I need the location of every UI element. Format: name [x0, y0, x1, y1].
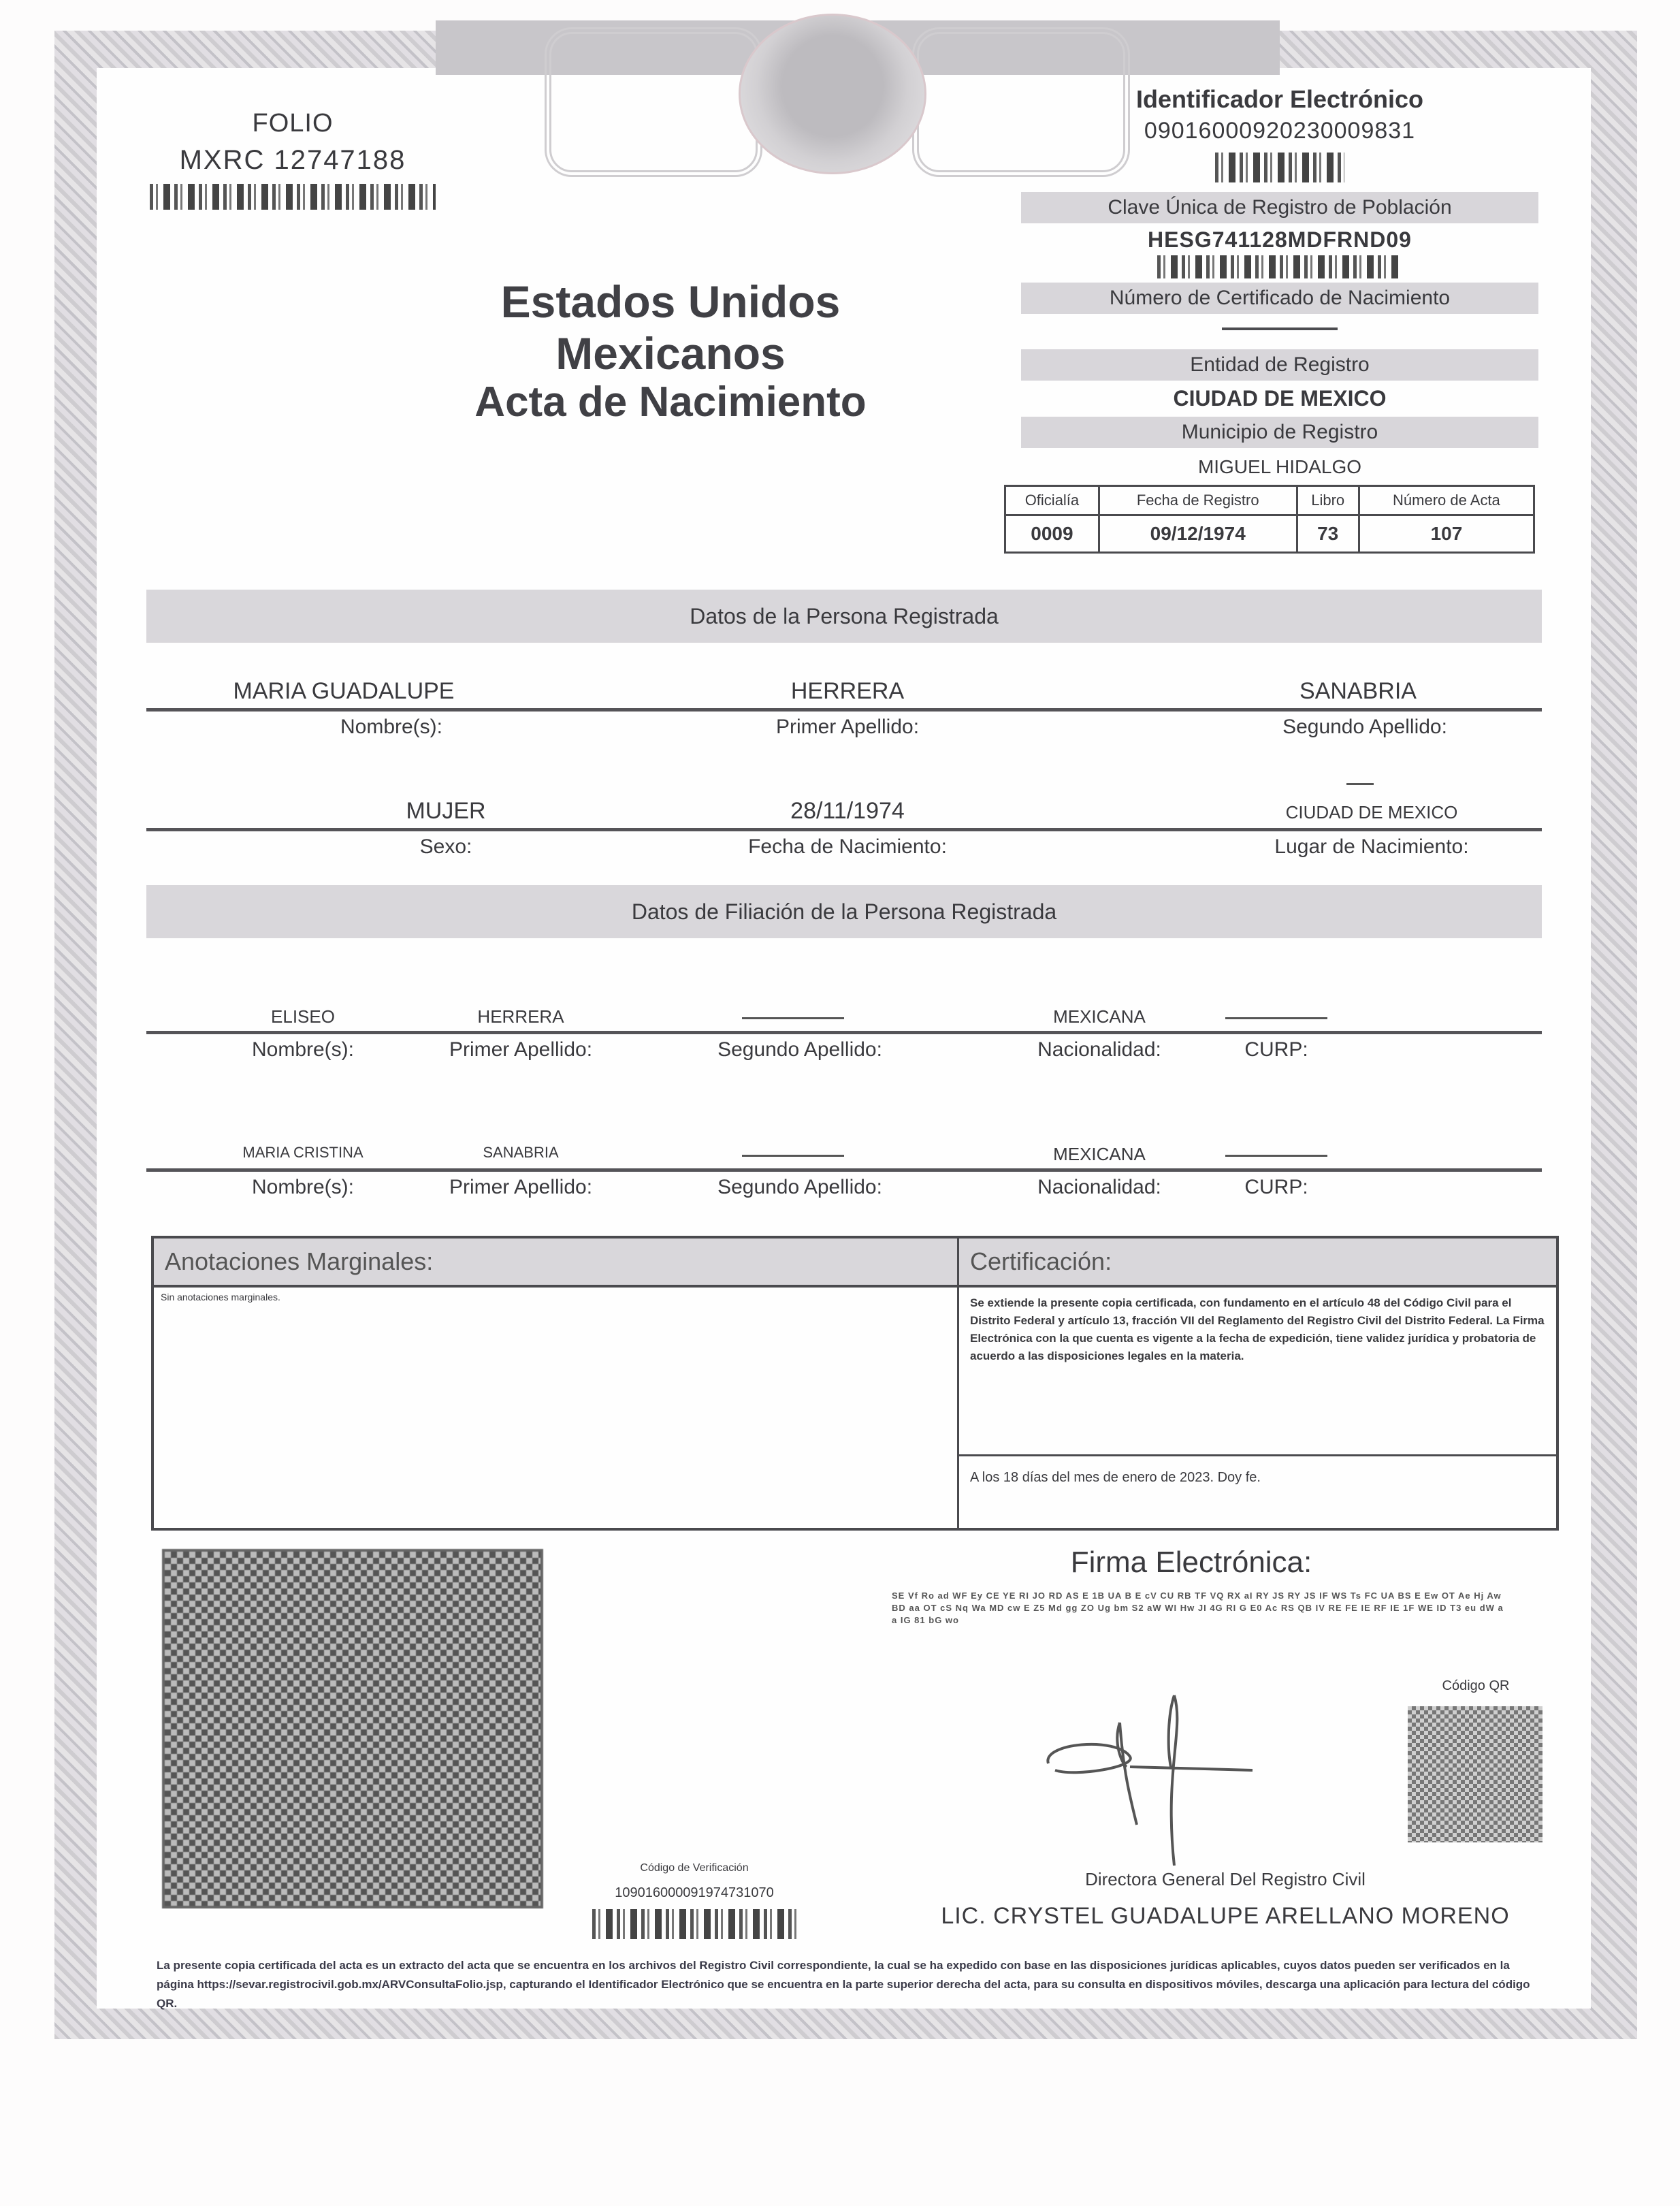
label-lugar-nacimiento: Lugar de Nacimiento: [1222, 835, 1521, 859]
label-segundo-apellido: Segundo Apellido: [691, 1038, 909, 1061]
electronic-signature-hash: SE Vf Ro ad WF Ey CE YE RI JO RD AS E 1B… [892, 1590, 1504, 1627]
footer-legal-text: La presente copia certificada del acta e… [157, 1956, 1545, 2013]
registry-table: Oficialía Fecha de Registro Libro Número… [1004, 485, 1535, 554]
verification-block: Código de Verificación 10901600009197473… [572, 1862, 817, 1939]
entity-value: CIUDAD DE MEXICO [1021, 386, 1538, 411]
father-nombre: ELISEO [201, 1006, 405, 1027]
annotations-column: Anotaciones Marginales: Sin anotaciones … [154, 1238, 959, 1528]
divider [146, 1031, 1542, 1034]
value-libro: 73 [1297, 515, 1359, 553]
qr-code-small [1408, 1706, 1542, 1842]
filiation-section-title: Datos de Filiación de la Persona Registr… [146, 885, 1542, 938]
curp-value: HESG741128MDFRND09 [1021, 227, 1538, 253]
label-primer-apellido: Primer Apellido: [419, 1176, 623, 1199]
header-fecha-registro: Fecha de Registro [1099, 486, 1297, 515]
certification-title: Certificación: [959, 1238, 1556, 1288]
value-sexo: MUJER [344, 798, 548, 825]
mother-nacionalidad: MEXICANA [997, 1144, 1201, 1165]
label-fecha-nacimiento: Fecha de Nacimiento: [711, 835, 984, 859]
folio-barcode [150, 184, 436, 210]
birth-certificate-label: Número de Certificado de Nacimiento [1021, 283, 1538, 314]
certification-date: A los 18 días del mes de enero de 2023. … [959, 1456, 1556, 1499]
curp-barcode [1157, 255, 1402, 278]
curp-label: Clave Única de Registro de Población [1021, 192, 1538, 223]
label-nombre: Nombre(s): [201, 1176, 405, 1199]
value-oficialia: 0009 [1005, 515, 1099, 553]
value-nombre: MARIA GUADALUPE [208, 678, 480, 705]
municipality-label: Municipio de Registro [1021, 417, 1538, 448]
entity-label: Entidad de Registro [1021, 349, 1538, 381]
handwritten-signature-icon [1035, 1689, 1280, 1866]
mother-nombre: MARIA CRISTINA [201, 1144, 405, 1162]
header-oficialia: Oficialía [1005, 486, 1099, 515]
qr-code-large [162, 1549, 543, 1908]
national-seal-icon [739, 14, 926, 174]
registry-table-row: 0009 09/12/1974 73 107 [1005, 515, 1534, 553]
annotations-text: Sin anotaciones marginales. [154, 1288, 957, 1307]
municipality-value: MIGUEL HIDALGO [1021, 456, 1538, 478]
header-numero-acta: Número de Acta [1359, 486, 1534, 515]
label-nombre: Nombre(s): [201, 1038, 405, 1061]
document-title: Acta de Nacimiento [381, 378, 960, 426]
label-sexo: Sexo: [344, 835, 548, 859]
annotations-certification-box: Anotaciones Marginales: Sin anotaciones … [151, 1236, 1559, 1531]
father-curp [1208, 1006, 1344, 1027]
value-numero-acta: 107 [1359, 515, 1534, 553]
certification-text: Se extiende la presente copia certificad… [959, 1288, 1556, 1456]
divider [146, 708, 1542, 712]
mother-primer-apellido: SANABRIA [419, 1144, 623, 1162]
father-primer-apellido: HERRERA [419, 1006, 623, 1027]
dash-mark [1346, 783, 1374, 785]
mother-segundo-apellido [691, 1144, 895, 1165]
label-curp: CURP: [1208, 1038, 1344, 1061]
verification-label: Código de Verificación [572, 1862, 817, 1874]
label-segundo-apellido: Segundo Apellido: [691, 1176, 909, 1199]
registry-table-header: Oficialía Fecha de Registro Libro Número… [1005, 486, 1534, 515]
verification-barcode [592, 1909, 796, 1939]
registered-person-section-title: Datos de la Persona Registrada [146, 590, 1542, 643]
divider [146, 828, 1542, 831]
director-name: LIC. CRYSTEL GUADALUPE ARELLANO MORENO [885, 1903, 1566, 1930]
value-fecha-nacimiento: 28/11/1974 [711, 798, 984, 825]
mother-curp [1208, 1144, 1344, 1165]
label-primer-apellido: Primer Apellido: [419, 1038, 623, 1061]
electronic-id-value: 09016000920230009831 [1021, 118, 1538, 144]
divider [146, 1168, 1542, 1172]
value-fecha-registro: 09/12/1974 [1099, 515, 1297, 553]
label-segundo-apellido: Segundo Apellido: [1222, 716, 1508, 739]
folio-label: FOLIO [136, 109, 449, 138]
label-nacionalidad: Nacionalidad: [997, 1038, 1201, 1061]
label-primer-apellido: Primer Apellido: [711, 716, 984, 739]
country-title: Estados Unidos Mexicanos [381, 276, 960, 379]
birth-certificate-value-empty [1222, 327, 1338, 330]
father-nacionalidad: MEXICANA [997, 1006, 1201, 1027]
electronic-signature-title: Firma Electrónica: [885, 1546, 1498, 1580]
value-lugar-nacimiento: CIUDAD DE MEXICO [1235, 802, 1508, 823]
ornament-left-icon [545, 27, 762, 177]
label-curp: CURP: [1208, 1176, 1344, 1199]
mother-row: MARIA CRISTINA SANABRIA MEXICANA Nombre(… [146, 1138, 1542, 1206]
director-title: Directora General Del Registro Civil [987, 1869, 1464, 1890]
electronic-id-barcode [1215, 153, 1344, 182]
qr-code-label: Código QR [1408, 1678, 1544, 1694]
verification-code: 109016000091974731070 [572, 1885, 817, 1901]
annotations-title: Anotaciones Marginales: [154, 1238, 957, 1288]
value-segundo-apellido: SANABRIA [1222, 678, 1494, 705]
value-primer-apellido: HERRERA [711, 678, 984, 705]
label-nombre: Nombre(s): [289, 716, 494, 739]
folio-block: FOLIO MXRC 12747188 [136, 109, 449, 210]
father-row: ELISEO HERRERA MEXICANA Nombre(s): Prime… [146, 1001, 1542, 1068]
header-libro: Libro [1297, 486, 1359, 515]
registered-person-row-2: MUJER 28/11/1974 CIUDAD DE MEXICO Sexo: … [146, 798, 1542, 865]
registered-person-row-1: MARIA GUADALUPE HERRERA SANABRIA Nombre(… [146, 678, 1542, 746]
certification-column: Certificación: Se extiende la presente c… [959, 1238, 1556, 1528]
folio-value: MXRC 12747188 [136, 145, 449, 176]
label-nacionalidad: Nacionalidad: [997, 1176, 1201, 1199]
identifiers-block: Identificador Electrónico 09016000920230… [1021, 85, 1538, 554]
electronic-id-label: Identificador Electrónico [1021, 85, 1538, 114]
father-segundo-apellido [691, 1006, 895, 1027]
